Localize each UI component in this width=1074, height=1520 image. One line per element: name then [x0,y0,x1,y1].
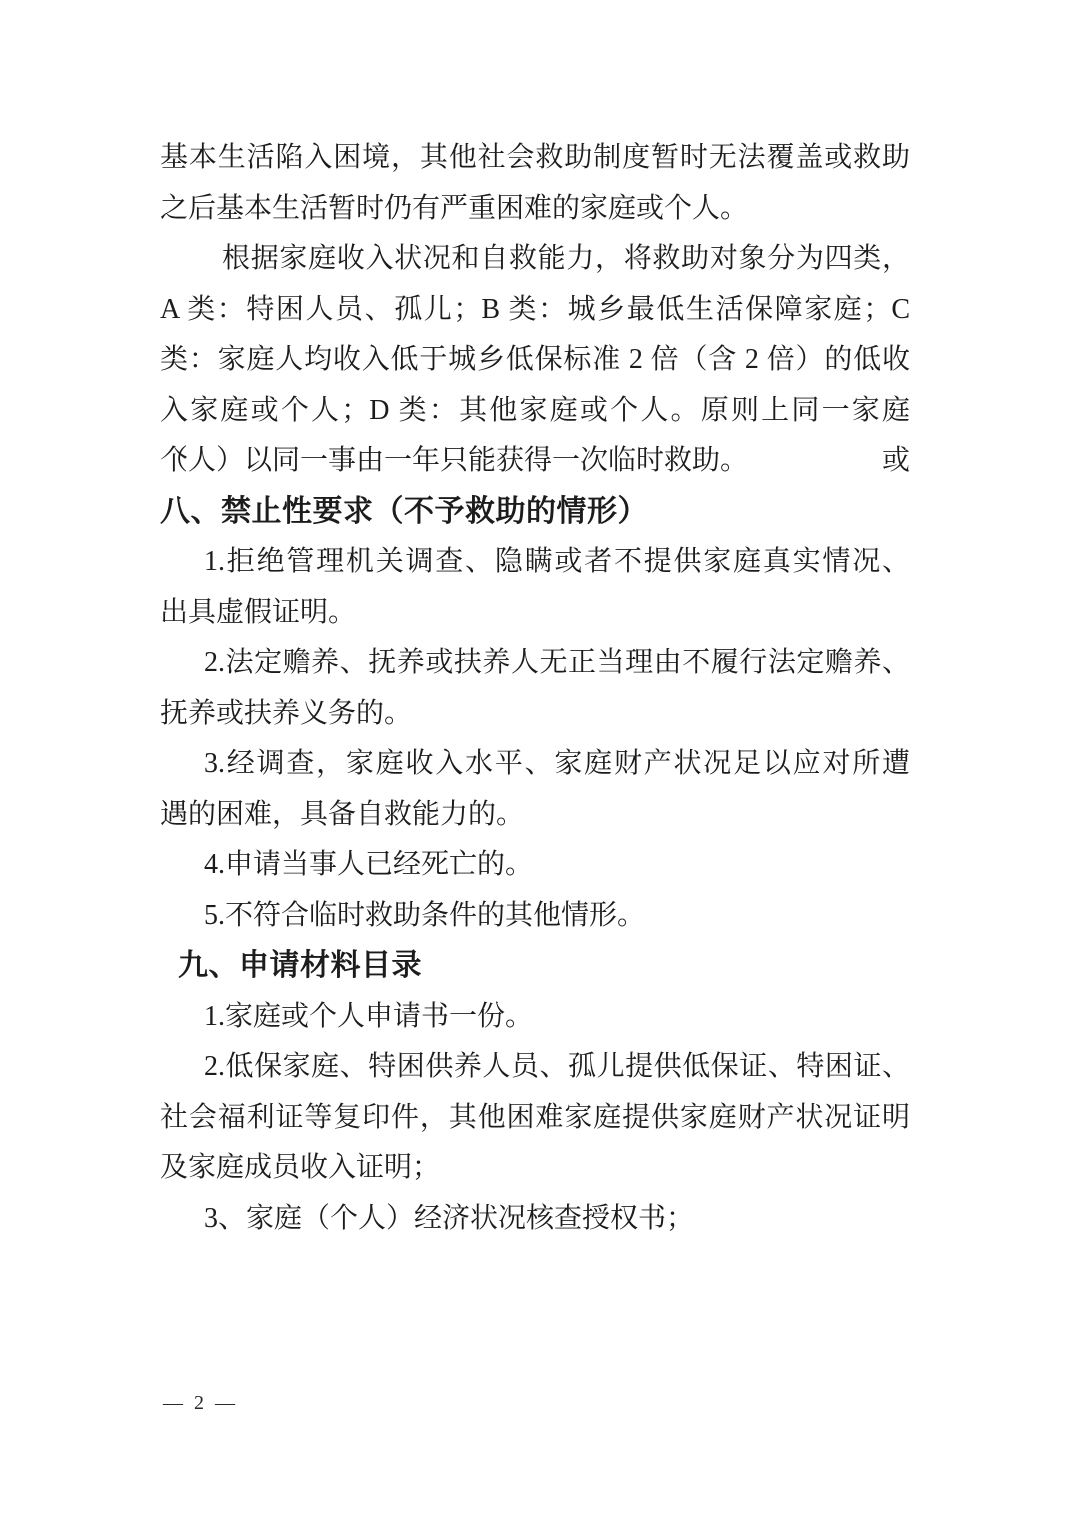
text-line: 之后基本生活暂时仍有严重困难的家庭或个人。 [160,184,910,235]
text-line: 根据家庭收入状况和自救能力，将救助对象分为四类， [160,234,910,285]
text-line: 及家庭成员收入证明； [160,1143,910,1194]
list-item-line: 2.法定赡养、抚养或扶养人无正当理由不履行法定赡养、 [160,638,910,689]
text-line: 类：家庭人均收入低于城乡低保标准 2 倍（含 2 倍）的低收 [160,335,910,386]
text-line: 出具虚假证明。 [160,588,910,639]
text-line: 社会福利证等复印件，其他困难家庭提供家庭财产状况证明 [160,1093,910,1144]
list-item-line: 1.家庭或个人申请书一份。 [160,992,910,1043]
list-item-line: 1.拒绝管理机关调查、隐瞒或者不提供家庭真实情况、 [160,537,910,588]
list-item-line: 2.低保家庭、特困供养人员、孤儿提供低保证、特困证、 [160,1042,910,1093]
text-line: A 类：特困人员、孤儿；B 类：城乡最低生活保障家庭；C [160,285,910,336]
text-line: 遇的困难，具备自救能力的。 [160,790,910,841]
section-heading-materials: 九、申请材料目录 [160,941,910,992]
list-item-line: 5.不符合临时救助条件的其他情形。 [160,891,910,942]
document-page: 基本生活陷入困境，其他社会救助制度暂时无法覆盖或救助 之后基本生活暂时仍有严重困… [0,0,1074,1520]
page-number: — 2 — [163,1392,238,1415]
list-item-line: 4.申请当事人已经死亡的。 [160,840,910,891]
text-line: 抚养或扶养义务的。 [160,689,910,740]
text-line: 入家庭或个人；D 类：其他家庭或个人。原则上同一家庭（或 [160,386,910,437]
text-line: 基本生活陷入困境，其他社会救助制度暂时无法覆盖或救助 [160,133,910,184]
document-body: 基本生活陷入困境，其他社会救助制度暂时无法覆盖或救助 之后基本生活暂时仍有严重困… [160,133,910,1244]
section-heading-prohibitions: 八、禁止性要求（不予救助的情形） [160,487,910,538]
list-item-line: 3、家庭（个人）经济状况核查授权书； [160,1194,910,1245]
list-item-line: 3.经调查，家庭收入水平、家庭财产状况足以应对所遭 [160,739,910,790]
